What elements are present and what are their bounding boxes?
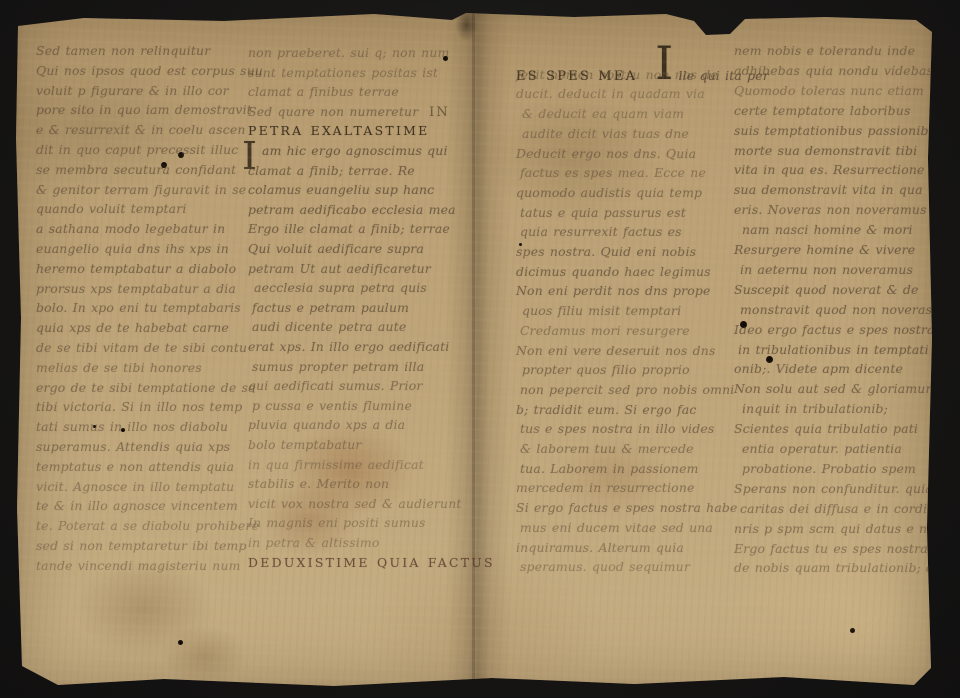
line-text: Si ergo factus e spes nostra habe [516,501,738,515]
line-text: e & resurrexit & in coelu ascen [36,123,246,137]
line-text: voluit p figurare & in illo cor [36,84,229,98]
line-text: de se tibi vitam de te sibi contu [36,341,247,355]
manuscript-line: Quomodo toleras nunc etiam [734,84,932,98]
line-text: Quomodo toleras nunc etiam [734,84,924,98]
line-text: bolo. In xpo eni tu temptabaris [36,301,241,315]
manuscript-line: Si ergo factus e spes nostra habe [516,501,726,515]
line-text: non pepercit sed pro nobis omni [520,383,734,397]
line-text: Resurgere homine & vivere [734,243,915,257]
manuscript-line: Resurgere homine & vivere [734,243,932,257]
manuscript-line: Credamus mori resurgere [516,324,726,338]
line-text: ergo de te sibi temptatione de se [36,381,256,395]
line-text: factus e petram paulum [252,301,409,315]
manuscript-line: & laborem tuu & mercede [516,442,726,456]
line-text: sed si non temptaretur ibi temp [36,539,247,553]
manuscript-line: colamus euangeliu sup hanc [248,183,456,197]
line-text: Sed quare non numeretur [248,105,418,119]
line-text: quando voluit temptari [36,202,187,216]
line-text: audite dicit vias tuas dne [522,127,689,141]
manuscript-line: In magnis eni positi sumus [248,516,456,530]
line-text: melias de se tibi honores [36,361,202,375]
manuscript-line: audi dicente petra aute [248,320,456,334]
manuscript-line: monstravit quod non noveras [734,303,932,317]
manuscript-line: tibi victoria. Si in illo nos temp [36,400,250,414]
line-text: euangelio quia dns ihs xps in [36,242,229,256]
line-text: morte sua demonstravit tibi [734,144,917,158]
manuscript-line: quia xps de te habebat carne [36,321,250,335]
wormhole [178,640,183,645]
manuscript-line: Deducit ergo nos dns. Quia [516,147,726,161]
manuscript-line: factus es spes mea. Ecce ne [516,166,726,180]
manuscript-line: petram Ut aut aedificaretur [248,262,456,276]
manuscript-line: inquiramus. Alterum quia [516,541,726,555]
manuscript-line: non pepercit sed pro nobis omni [516,383,726,397]
manuscript-line: a sathana modo legebatur in [36,222,250,236]
line-text: tande vincendi magisteriu num [36,559,241,573]
manuscript-line: Sed tamen non relinquitur [36,44,250,58]
manuscript-line: entia operatur. patientia [734,442,932,456]
manuscript-line: vita in qua es. Resurrectione [734,163,932,177]
manuscript-line: adhibebas quia nondu videbas [734,64,932,78]
manuscript-line: quomodo audistis quia temp [516,186,726,200]
manuscript-line: sua demonstravit vita in qua [734,183,932,197]
line-text: Credamus mori resurgere [520,324,690,338]
manuscript-line: audite dicit vias tuas dne [516,127,726,141]
line-text: quia resurrexit factus es [520,225,682,239]
manuscript-line: stabilis e. Merito non [248,477,456,491]
manuscript-line: se membra secutura confidant [36,163,250,177]
manuscript-line: quando voluit temptari [36,202,250,216]
line-text: onib;. Videte apm dicente [734,362,903,376]
manuscript-line: temptatus e non attendis quia [36,460,250,474]
line-text: bolo temptabatur [248,438,362,452]
line-text: Sperans non confunditur. quia [734,482,933,496]
manuscript-line: bolo temptabatur [248,438,456,452]
line-text: Ergo factus tu es spes nostra quia [734,542,960,556]
line-text: fecit nomen nostru non nos de [516,68,718,82]
line-text: Non eni vere deseruit nos dns [516,344,716,358]
manuscript-line: onib;. Videte apm dicente [734,362,932,376]
manuscript-line: probatione. Probatio spem [734,462,932,476]
manuscript-line: heremo temptabatur a diabolo [36,262,250,276]
manuscript-photograph: Sed tamen non relinquiturQui nos ipsos q… [0,0,960,698]
manuscript-line: dicimus quando haec legimus [516,265,726,279]
line-text: petram aedificabo ecclesia mea [248,203,456,217]
manuscript-line: mus eni ducem vitae sed una [516,521,726,535]
line-text: In magnis eni positi sumus [248,516,426,530]
manuscript-line: Iam hic ergo agnoscimus qui [248,144,456,158]
wormhole [121,428,125,432]
line-text: quia xps de te habebat carne [36,321,229,335]
manuscript-line: te. Poterat a se diabolu prohibere [36,519,250,533]
line-text: Deducit ergo nos dns. Quia [516,147,696,161]
manuscript-line: certe temptatore laboribus [734,104,932,118]
manuscript-line: ducit. deducit in quadam via [516,87,726,101]
line-text: in aeternu non noveramus [740,263,913,277]
line-text: vicit vox nostra sed & audierunt [248,497,462,511]
manuscript-line: Scientes quia tribulatio pati [734,422,932,436]
line-text: pluvia quando xps a dia [248,418,405,432]
line-text: certe temptatore laboribus [734,104,911,118]
manuscript-line: in qua firmissime aedificat [248,458,456,472]
line-text: factus es spes mea. Ecce ne [520,166,706,180]
line-text: tibi victoria. Si in illo nos temp [36,400,242,414]
line-text: a sathana modo legebatur in [36,222,225,236]
line-text: stabilis e. Merito non [248,477,389,491]
manuscript-line: clamat a finibus terrae [248,85,456,99]
line-text: superamus. Attendis quia xps [36,440,230,454]
manuscript-line: Ideo ergo factus e spes nostra [734,323,932,337]
line-text: adhibebas quia nondu videbas [734,64,933,78]
manuscript-line: melias de se tibi honores [36,361,250,375]
manuscript-line: pluvia quando xps a dia [248,418,456,432]
line-text: tus e spes nostra in illo vides [520,422,714,436]
line-text: speramus. quod sequimur [520,560,690,574]
line-text: Suscepit quod noverat & de [734,283,919,297]
manuscript-line: Qui nos ipsos quod est corpus suu [36,64,250,78]
wormhole [519,243,522,246]
line-text: clamat a finibus terrae [248,85,399,99]
line-text: Scientes quia tribulatio pati [734,422,918,436]
line-text: & genitor terram figuravit in se [36,183,246,197]
line-text: am hic ergo agnoscimus qui [262,144,448,158]
line-text: b; tradidit eum. Si ergo fac [516,403,696,417]
manuscript-line: quos filiu misit temptari [516,304,726,318]
manuscript-line: speramus. quod sequimur [516,560,726,574]
line-text: sua demonstravit vita in qua [734,183,923,197]
manuscript-line: erat xps. In illo ergo aedificati [248,340,456,354]
line-text: de nobis quam tribulationib; d [734,561,934,575]
line-text: vicit. Agnosce in illo temptatu [36,480,234,494]
manuscript-line: non praeberet. sui q; non num [248,46,456,60]
lemma-heading: IN [429,106,456,120]
line-text: prorsus xps temptabatur a dia [36,282,236,296]
line-text: clamat a finib; terrae. Re [248,164,415,178]
line-text: Ideo ergo factus e spes nostra [734,323,935,337]
manuscript-line: de se tibi vitam de te sibi contu [36,341,250,355]
manuscript-line: mercedem in resurrectione [516,481,726,495]
manuscript-line: sed si non temptaretur ibi temp [36,539,250,553]
manuscript-line: vicit vox nostra sed & audierunt [248,497,456,511]
line-text: Qui nos ipsos quod est corpus suu [36,64,263,78]
manuscript-line: caritas dei diffusa e in cordib; [734,502,932,516]
manuscript-line: in aeternu non noveramus [734,263,932,277]
manuscript-line: vicit. Agnosce in illo temptatu [36,480,250,494]
line-text: ducit. deducit in quadam via [516,87,705,101]
line-text: inquiramus. Alterum quia [516,541,684,555]
line-text: pore sito in quo iam demostravit [36,103,252,117]
manuscript-line: superamus. Attendis quia xps [36,440,250,454]
line-text: vita in qua es. Resurrectione [734,163,925,177]
line-text: tati sumus in illo nos diabolu [36,420,228,434]
manuscript-line: euangelio quia dns ihs xps in [36,242,250,256]
manuscript-line: petram aedificabo ecclesia mea [248,203,456,217]
wormhole [766,356,773,363]
manuscript-line: in tribulationibus in temptati [734,343,932,357]
line-text: inquit in tribulationib; [742,402,888,416]
wormhole [443,56,448,61]
wormhole [850,628,855,633]
line-text: nam nasci homine & mori [742,223,913,237]
line-text: Ergo ille clamat a finib; terrae [248,222,450,236]
manuscript-line: dit in quo caput precessit illuc [36,143,250,157]
line-text: Non eni perdit nos dns prope [516,284,711,298]
line-text: in qua firmissime aedificat [248,458,424,472]
line-text: sunt temptationes positas ist [248,66,438,80]
parchment-bifolium: Sed tamen non relinquiturQui nos ipsos q… [14,8,934,690]
line-text: qui aedificati sumus. Prior [248,379,423,393]
line-text: nris p spm scm qui datus e nobis [734,522,954,536]
manuscript-line: & genitor terram figuravit in se [36,183,250,197]
line-text: non praeberet. sui q; non num [248,46,449,60]
manuscript-line: e & resurrexit & in coelu ascen [36,123,250,137]
manuscript-line: Ergo factus tu es spes nostra quia [734,542,932,556]
manuscript-line: prorsus xps temptabatur a dia [36,282,250,296]
line-text: te. Poterat a se diabolu prohibere [36,519,259,533]
manuscript-line: Sperans non confunditur. quia [734,482,932,496]
manuscript-line: Sed quare non numereturIN [248,105,456,120]
line-text: petram Ut aut aedificaretur [248,262,431,276]
wormhole [161,162,167,168]
manuscript-line: eris. Noveras non noveramus [734,203,932,217]
line-text: erat xps. In illo ergo aedificati [248,340,449,354]
line-text: DEDUXISTIME QUIA FACTUS [248,556,495,570]
line-text: p cussa e ventis flumine [252,399,412,413]
line-text: se membra secutura confidant [36,163,236,177]
line-text: quos filiu misit temptari [522,304,681,318]
manuscript-line: voluit p figurare & in illo cor [36,84,250,98]
line-text: caritas dei diffusa e in cordib; [740,502,940,516]
wormhole [178,152,184,158]
manuscript-line: Non eni vere deseruit nos dns [516,344,726,358]
line-text: dit in quo caput precessit illuc [36,143,238,157]
wormhole [740,321,747,328]
manuscript-line: de nobis quam tribulationib; d [734,561,932,575]
line-text: aecclesia supra petra quis [254,281,427,295]
line-text: probatione. Probatio spem [742,462,916,476]
line-text: & deducit ea quam viam [522,107,684,121]
manuscript-line: tus e spes nostra in illo vides [516,422,726,436]
line-text: in tribulationibus in temptati [738,343,929,357]
manuscript-line: tatus e quia passurus est [516,206,726,220]
line-text: temptatus e non attendis quia [36,460,234,474]
manuscript-line: te & in illo agnosce vincentem [36,499,250,513]
manuscript-line: spes nostra. Quid eni nobis [516,245,726,259]
line-text: heremo temptabatur a diabolo [36,262,236,276]
line-text: PETRA EXALTASTIME [248,124,429,138]
line-text: Sed tamen non relinquitur [36,44,210,58]
line-text: eris. Noveras non noveramus [734,203,927,217]
wormhole [93,425,96,428]
manuscript-line: aecclesia supra petra quis [248,281,456,295]
manuscript-line: quia resurrexit factus es [516,225,726,239]
manuscript-line: Qui voluit aedificare supra [248,242,456,256]
manuscript-line: in petra & altissimo [248,536,456,550]
manuscript-line: Non solu aut sed & gloriamur [734,382,932,396]
manuscript-line: inquit in tribulationib; [734,402,932,416]
manuscript-line: Suscepit quod noverat & de [734,283,932,297]
line-text: nem nobis e tolerandu inde [734,44,915,58]
manuscript-line: suis temptationibus passionib; [734,124,932,138]
lemma-heading: PETRA EXALTASTIME [248,124,456,138]
manuscript-line: sumus propter petram illa [248,360,456,374]
manuscript-line: b; tradidit eum. Si ergo fac [516,403,726,417]
line-text: suis temptationibus passionib; [734,124,933,138]
manuscript-line: tua. Laborem in passionem [516,462,726,476]
manuscript-line: nem nobis e tolerandu inde [734,44,932,58]
manuscript-line: clamat a finib; terrae. Re [248,164,456,178]
manuscript-line: p cussa e ventis flumine [248,399,456,413]
line-text: in petra & altissimo [248,536,380,550]
manuscript-line: fecit nomen nostru non nos de [516,68,726,82]
line-text: monstravit quod non noveras [740,303,932,317]
manuscript-line: nam nasci homine & mori [734,223,932,237]
manuscript-line: qui aedificati sumus. Prior [248,379,456,393]
line-text: & laborem tuu & mercede [520,442,694,456]
manuscript-line: & deducit ea quam viam [516,107,726,121]
line-text: quomodo audistis quia temp [516,186,702,200]
line-text: propter quos filio proprio [522,363,690,377]
line-text: mercedem in resurrectione [516,481,695,495]
manuscript-line: ergo de te sibi temptatione de se [36,381,250,395]
manuscript-line: sunt temptationes positas ist [248,66,456,80]
line-text: colamus euangeliu sup hanc [248,183,434,197]
manuscript-line: propter quos filio proprio [516,363,726,377]
manuscript-line: factus e petram paulum [248,301,456,315]
line-text: te & in illo agnosce vincentem [36,499,238,513]
manuscript-line: pore sito in quo iam demostravit [36,103,250,117]
line-text: dicimus quando haec legimus [516,265,711,279]
line-text: mus eni ducem vitae sed una [520,521,713,535]
lemma-heading: DEDUXISTIME QUIA FACTUS [248,556,456,570]
manuscript-line: Non eni perdit nos dns prope [516,284,726,298]
line-text: sumus propter petram illa [252,360,424,374]
line-text: tua. Laborem in passionem [520,462,699,476]
line-text: tatus e quia passurus est [520,206,686,220]
manuscript-line: tati sumus in illo nos diabolu [36,420,250,434]
line-text: audi dicente petra aute [252,320,406,334]
manuscript-line: nris p spm scm qui datus e nobis [734,522,932,536]
manuscript-line: bolo. In xpo eni tu temptabaris [36,301,250,315]
manuscript-line: tande vincendi magisteriu num [36,559,250,573]
line-text: Qui voluit aedificare supra [248,242,424,256]
line-text: Non solu aut sed & gloriamur [734,382,932,396]
line-text: entia operatur. patientia [742,442,902,456]
line-text: spes nostra. Quid eni nobis [516,245,696,259]
manuscript-line: Ergo ille clamat a finib; terrae [248,222,456,236]
manuscript-line: morte sua demonstravit tibi [734,144,932,158]
center-fold-crease [472,8,475,690]
